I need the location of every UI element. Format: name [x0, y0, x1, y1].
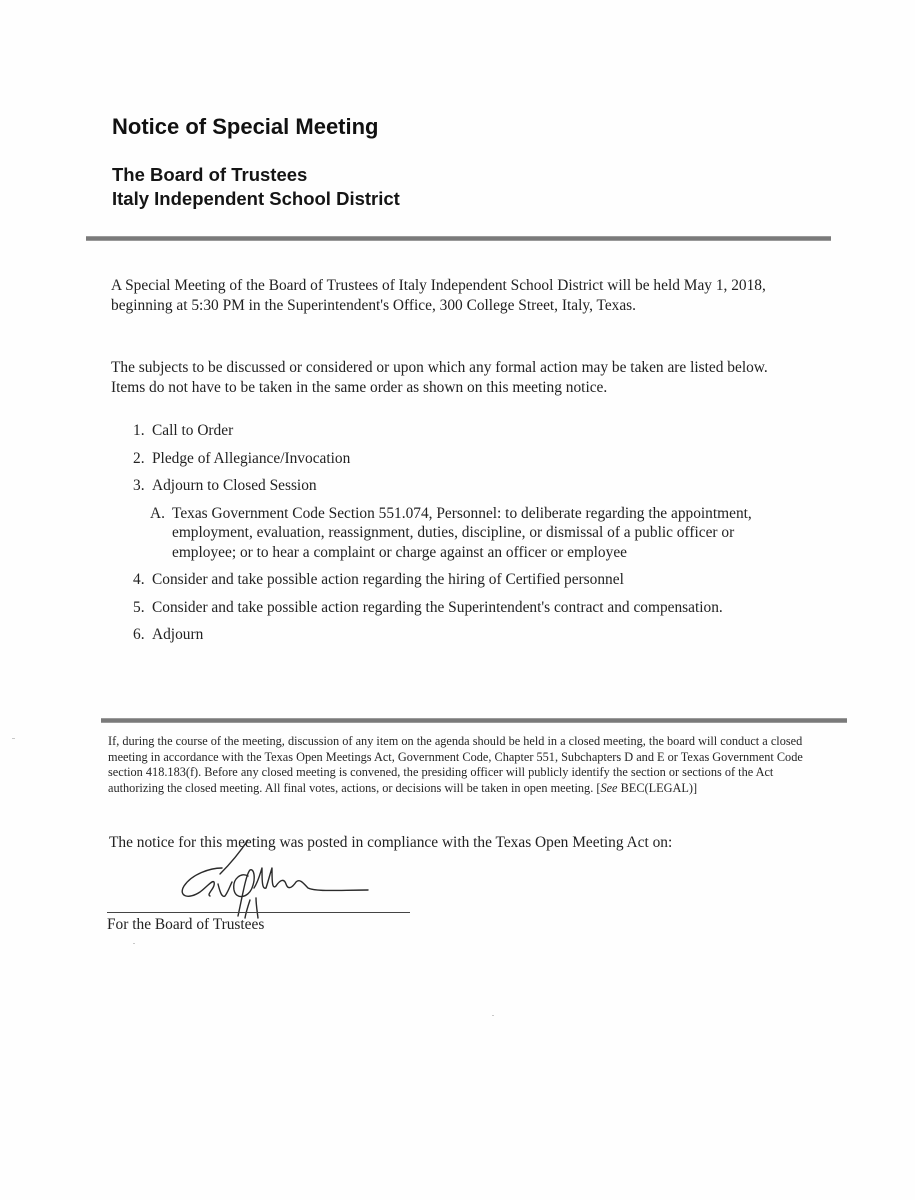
- signature-caption: For the Board of Trustees: [107, 916, 264, 934]
- agenda-item-number: 2.: [133, 449, 145, 469]
- agenda-subitem-text: Texas Government Code Section 551.074, P…: [172, 505, 752, 561]
- signature-line: [107, 912, 410, 913]
- disclaimer-divider: [101, 718, 847, 723]
- scan-artifact: [133, 943, 135, 944]
- agenda-item: 6. Adjourn: [133, 625, 773, 645]
- subjects-statement: The subjects to be discussed or consider…: [111, 358, 801, 397]
- agenda-item-text: Pledge of Allegiance/Invocation: [152, 450, 350, 467]
- disclaimer-text: If, during the course of the meeting, di…: [108, 734, 803, 795]
- board-name: The Board of Trustees: [112, 163, 400, 187]
- district-name: Italy Independent School District: [112, 187, 400, 211]
- agenda-item-number: 3.: [133, 476, 145, 496]
- disclaimer-reference: BEC(LEGAL)]: [618, 781, 698, 795]
- agenda-item: 4. Consider and take possible action reg…: [133, 570, 773, 590]
- agenda-item-text: Call to Order: [152, 422, 233, 439]
- agenda-item: 1. Call to Order: [133, 421, 773, 441]
- agenda-item-number: 4.: [133, 570, 145, 590]
- agenda-item: 3. Adjourn to Closed Session A. Texas Go…: [133, 476, 773, 562]
- disclaimer-see: See: [600, 781, 617, 795]
- scan-artifact: [12, 738, 15, 739]
- closed-meeting-disclaimer: If, during the course of the meeting, di…: [108, 734, 808, 796]
- agenda-item-text: Consider and take possible action regard…: [152, 599, 723, 616]
- agenda-item-number: 1.: [133, 421, 145, 441]
- scan-artifact: [492, 1015, 494, 1016]
- agenda-subitem: A. Texas Government Code Section 551.074…: [152, 504, 762, 563]
- signature-icon: [170, 838, 380, 923]
- agenda-item: 2. Pledge of Allegiance/Invocation: [133, 449, 773, 469]
- agenda-item: 5. Consider and take possible action reg…: [133, 598, 773, 618]
- page-title: Notice of Special Meeting: [112, 114, 379, 140]
- agenda-item-text: Adjourn: [152, 626, 203, 643]
- meeting-announcement: A Special Meeting of the Board of Truste…: [111, 276, 791, 315]
- agenda-item-text: Adjourn to Closed Session: [152, 477, 317, 494]
- agenda-item-number: 5.: [133, 598, 145, 618]
- agenda-item-number: 6.: [133, 625, 145, 645]
- document-page: Notice of Special Meeting The Board of T…: [0, 0, 915, 1200]
- organization-heading: The Board of Trustees Italy Independent …: [112, 163, 400, 211]
- header-divider: [86, 236, 831, 241]
- agenda-list: 1. Call to Order 2. Pledge of Allegiance…: [133, 421, 773, 653]
- agenda-subitem-list: A. Texas Government Code Section 551.074…: [152, 504, 773, 563]
- agenda-subitem-letter: A.: [150, 504, 165, 524]
- agenda-item-text: Consider and take possible action regard…: [152, 571, 624, 588]
